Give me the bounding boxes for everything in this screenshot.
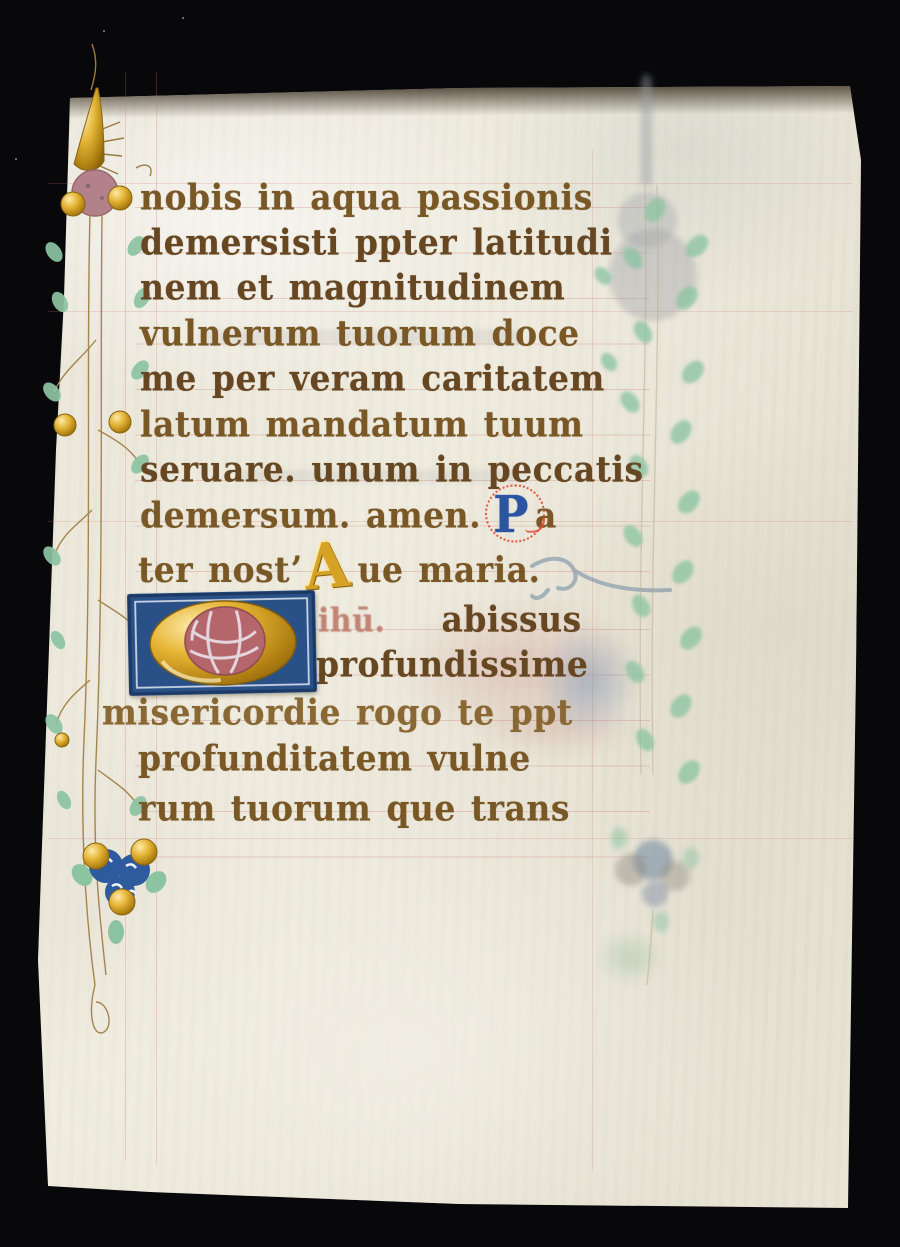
dust-speck	[15, 158, 17, 160]
gold-ball	[108, 186, 132, 210]
photo-stage: nobis in aqua passionis demersisti ppter…	[0, 0, 900, 1247]
text-line-2: demersisti ppter latitudi	[140, 221, 613, 264]
illuminated-initial-O	[127, 590, 317, 696]
text-line-3: nem et magnitudinem	[140, 266, 565, 309]
text-line-7: seruare. unum in peccatis	[140, 448, 644, 491]
text-line-10-words: abissus	[441, 598, 581, 640]
gold-ball	[61, 192, 85, 216]
text-line-9-words: ter nostʼ	[138, 549, 302, 591]
gold-bud-ornament	[74, 88, 104, 170]
text-line-10: ihū.abissus	[318, 598, 582, 643]
text-line-12: misericordie rogo te ppt	[102, 691, 573, 734]
gold-ball	[55, 733, 69, 747]
rubric-jhesu: ihū.	[318, 602, 385, 640]
right-bleedthrough-border	[575, 70, 735, 990]
leaf-right-edge	[876, 125, 883, 1200]
text-line-8: demersum. amen.Pa	[140, 494, 557, 537]
text-line-14: rum tuorum que trans	[138, 787, 570, 830]
text-line-13: profunditatem vulne	[138, 737, 531, 780]
leaf-top-edge-shadow	[60, 79, 865, 119]
dust-speck	[182, 17, 184, 19]
leaf-bottom-edge	[90, 1226, 860, 1242]
gilt-initial-A: A	[303, 542, 352, 589]
text-line-1: nobis in aqua passionis	[140, 176, 593, 219]
penwork-initial-P: P	[493, 494, 529, 537]
gold-ball	[54, 414, 76, 436]
illuminated-initial-O-panel	[127, 590, 317, 696]
text-line-9-end: ue maria.	[357, 549, 540, 591]
text-line-9: ter nostʼAue maria.	[138, 539, 541, 592]
leaf-bottom-edge-tint	[810, 1225, 880, 1233]
text-line-11: profundissime	[316, 643, 588, 686]
vine-tail-curl	[92, 985, 109, 1033]
bleedthrough-flower	[611, 827, 699, 933]
dust-speck	[103, 30, 105, 32]
text-line-4: vulnerum tuorum doce	[140, 312, 580, 355]
gold-ball	[109, 411, 131, 433]
bleedthrough-spire	[609, 72, 697, 321]
text-line-5: me per veram caritatem	[140, 357, 605, 400]
text-line-6: latum mandatum tuum	[140, 403, 584, 446]
blue-trefoil-flower	[67, 839, 170, 944]
